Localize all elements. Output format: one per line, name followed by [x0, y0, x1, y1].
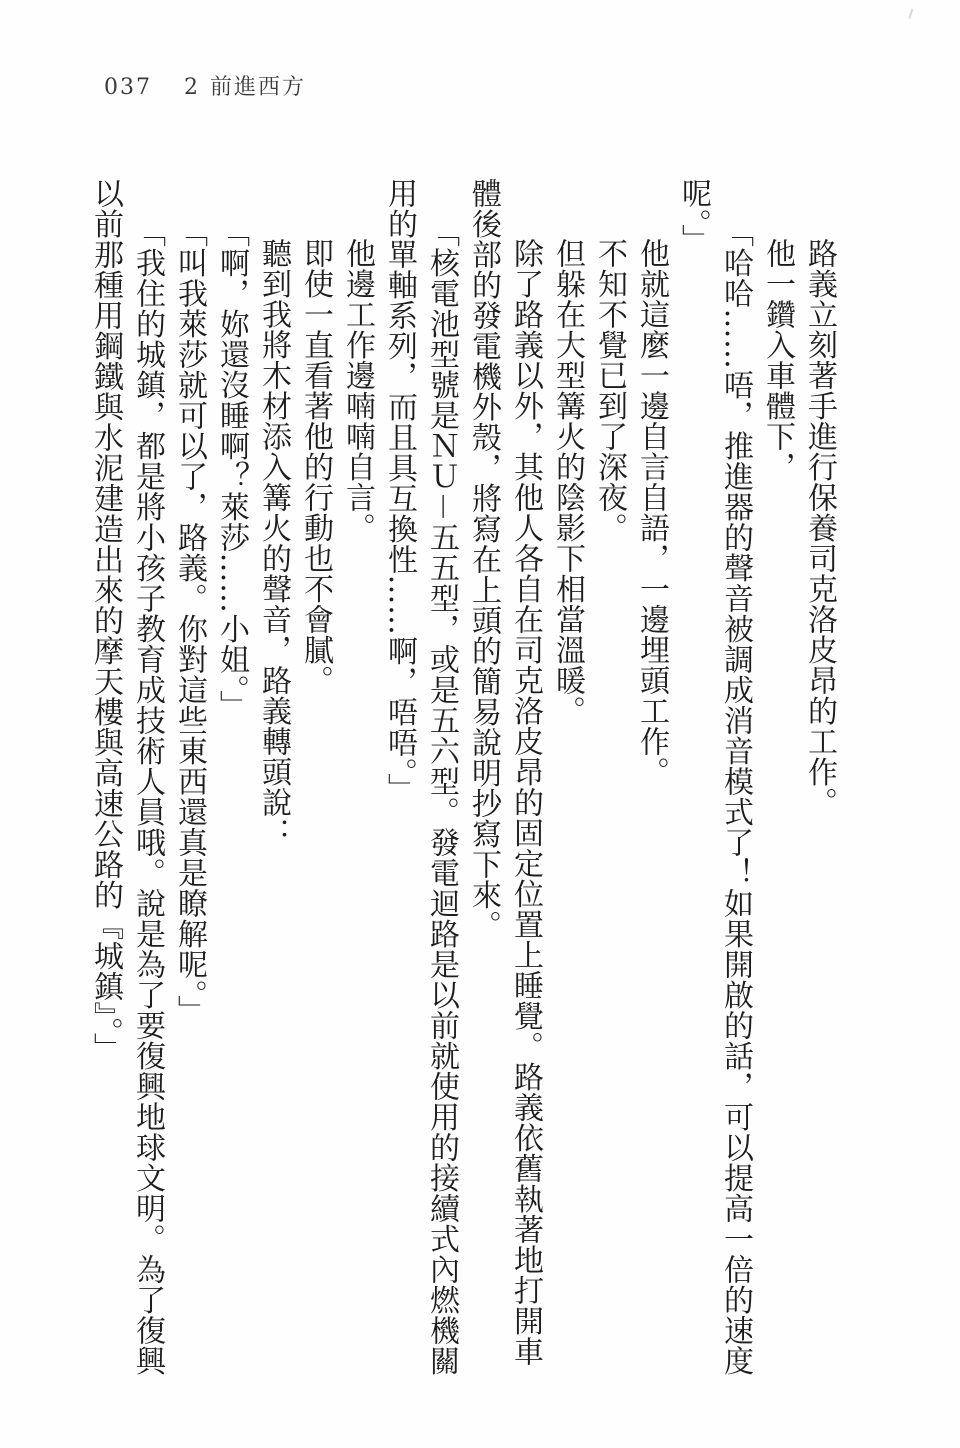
body-text: 路義立刻著手進行保養司克洛皮昂的工作。 他一鑽入車體下， 「哈哈……唔，推進器的…	[84, 178, 840, 1396]
page-number: 037	[104, 75, 152, 100]
paragraph: 聽到我將木材添入篝火的聲音，路義轉頭說：	[252, 178, 294, 1396]
running-head: 0372前進西方	[104, 70, 306, 101]
paragraph-dialogue: 「啊，妳還沒睡啊？萊莎……小姐。」	[210, 178, 252, 1396]
paragraph: 他邊工作邊喃喃自言。	[336, 178, 378, 1396]
paragraph: 除了路義以外，其他人各自在司克洛皮昂的固定位置上睡覺。路義依舊執著地打開車體後部…	[462, 178, 546, 1396]
chapter-number: 2	[184, 75, 200, 100]
paragraph: 路義立刻著手進行保養司克洛皮昂的工作。	[798, 178, 840, 1396]
paragraph-dialogue: 「核電池型號是ＮＵ－五五型，或是五六型。發電迴路是以前就使用的接續式內燃機關用的…	[378, 178, 462, 1396]
book-page: 0372前進西方 路義立刻著手進行保養司克洛皮昂的工作。 他一鑽入車體下， 「哈…	[0, 0, 960, 1448]
paragraph-dialogue: 「哈哈……唔，推進器的聲音被調成消音模式了！如果開啟的話，可以提高一倍的速度呢。…	[672, 178, 756, 1396]
paragraph: 他一鑽入車體下，	[756, 178, 798, 1396]
paragraph: 但躲在大型篝火的陰影下相當溫暖。	[546, 178, 588, 1396]
paragraph-dialogue: 「我住的城鎮，都是將小孩子教育成技術人員哦。說是為了要復興地球文明。為了復興以前…	[84, 178, 168, 1396]
chapter-title: 前進西方	[210, 75, 306, 100]
paragraph-dialogue: 「叫我萊莎就可以了，路義。你對這些東西還真是瞭解呢。」	[168, 178, 210, 1396]
paragraph: 即使一直看著他的行動也不會膩。	[294, 178, 336, 1396]
paragraph: 他就這麼一邊自言自語，一邊埋頭工作。	[630, 178, 672, 1396]
paragraph: 不知不覺已到了深夜。	[588, 178, 630, 1396]
scan-speck	[904, 7, 914, 19]
